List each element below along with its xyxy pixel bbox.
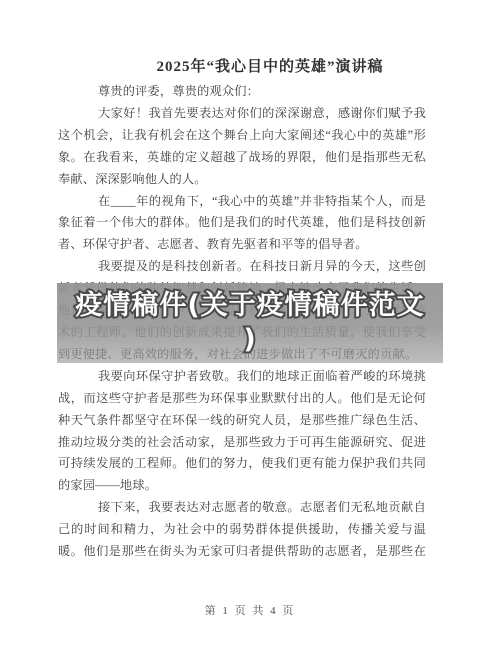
paragraph: 接下来，我要表达对志愿者的敬意。志愿者们无私地贡献自己的时间和精力，为社会中的弱…	[58, 497, 426, 565]
paragraph: 在____年的视角下，“我心中的英雄”并非特指某个人，而是象征着一个伟大的群体。…	[58, 191, 426, 257]
watermark-overlay-banner: 疫情稿件(关于疫情稿件范文 )	[57, 283, 443, 363]
document-title: 2025年“我心目中的英雄”演讲稿	[0, 55, 500, 76]
page-number: 第 1 页 共 4 页	[0, 602, 500, 618]
watermark-overlay-text-line1: 疫情稿件(关于疫情稿件范文	[75, 289, 424, 323]
paragraph: 我要向环保守护者致敬。我们的地球正面临着严峻的环境挑战，而这些守护者是那些为环保…	[58, 366, 426, 497]
paragraph-salutation: 尊贵的评委，尊贵的观众们：	[58, 81, 426, 103]
watermark-overlay-text-line2: )	[243, 323, 256, 357]
document-page: 2025年“我心目中的英雄”演讲稿 尊贵的评委，尊贵的观众们： 大家好！我首先要…	[0, 0, 500, 647]
paragraph: 大家好！我首先要表达对你们的深深谢意，感谢你们赋予我这个机会，让我有机会在这个舞…	[58, 103, 426, 191]
